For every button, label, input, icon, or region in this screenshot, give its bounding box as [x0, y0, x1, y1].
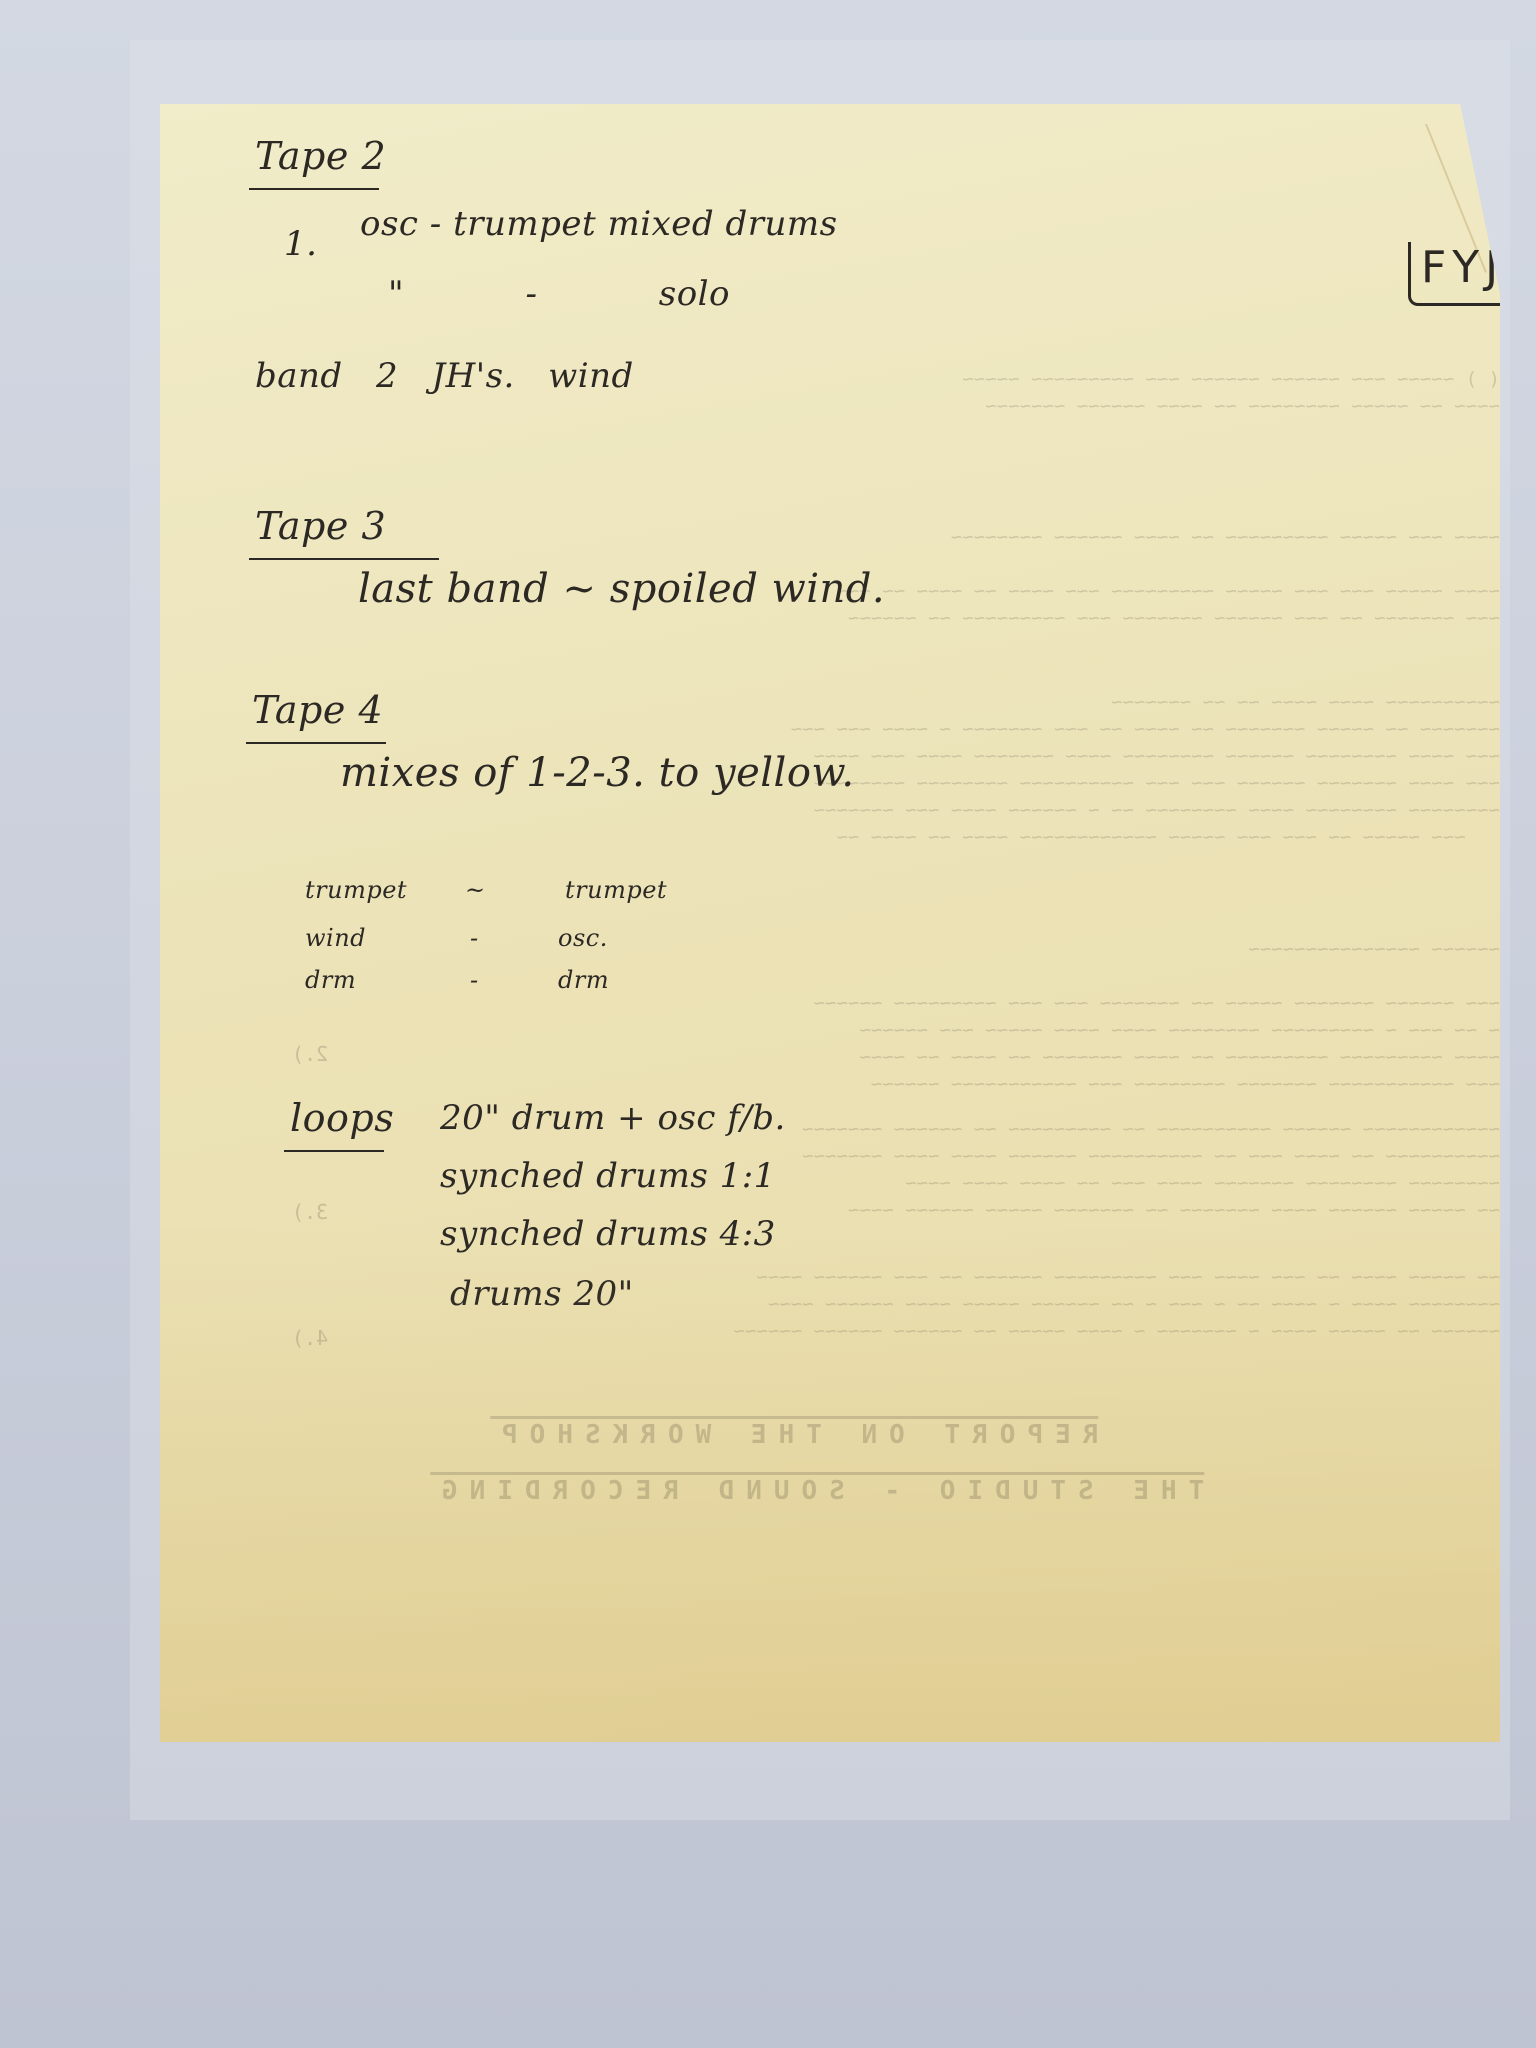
mapping-right: trumpet: [565, 876, 667, 904]
show-through-title-2: THE STUDIO - SOUND RECORDING: [430, 1476, 1204, 1506]
mapping-right: drm: [558, 966, 609, 994]
show-through-title-1: REPORT ON THE WORKSHOP: [490, 1420, 1098, 1450]
note-line: mixes of 1-2-3. to yellow.: [340, 750, 855, 796]
show-through-margin-number: 2.): [292, 1042, 328, 1066]
mapping-right: osc.: [558, 924, 608, 952]
section-heading-tape-2: Tape 2: [255, 134, 386, 178]
paper-sheet: ( ) ~~~~~ ~~~ ~~~~~~ ~~~~~~ ~~~ ~~~~~~~~…: [160, 104, 1500, 1742]
section-heading-tape-3: Tape 3: [255, 504, 386, 548]
mapping-sep: -: [470, 966, 479, 994]
mapping-sep: ~: [465, 876, 486, 904]
section-heading-loops: loops: [290, 1096, 394, 1140]
mapping-sep: -: [470, 924, 479, 952]
note-line: 20" drum + osc f/b.: [440, 1098, 786, 1138]
note-line: synched drums 1:1: [440, 1156, 776, 1196]
mapping-left: trumpet: [305, 876, 407, 904]
list-number: 1.: [284, 224, 317, 264]
note-line: drums 20": [450, 1274, 634, 1314]
show-through-margin-number: 3.): [292, 1200, 328, 1224]
corner-mark: FYJT: [1408, 242, 1536, 306]
note-line: " - solo: [388, 274, 730, 314]
note-line: band 2 JH's. wind: [255, 356, 634, 396]
show-through-block-1: ( ) ~~~~~ ~~~ ~~~~~~ ~~~~~~ ~~~ ~~~~~~~~…: [540, 366, 1500, 420]
mapping-left: wind: [305, 924, 366, 952]
mapping-left: drm: [305, 966, 356, 994]
note-line: last band ~ spoiled wind.: [358, 566, 885, 612]
show-through-block-4: ~~~~~~ ~~~~~~~~~~~~~~~ ~~~ ~~~~~~ ~~~~~~…: [540, 936, 1500, 1098]
note-line: synched drums 4:3: [440, 1214, 776, 1254]
show-through-margin-number: 4.): [292, 1326, 328, 1350]
note-line: osc - trumpet mixed drums: [360, 204, 838, 244]
show-through-block-6: ~~ ~~~~~ ~~~~ ~~ ~~~ ~~~~ ~~~ ~~~~~~~~~ …: [540, 1264, 1500, 1345]
section-heading-tape-4: Tape 4: [252, 688, 383, 732]
